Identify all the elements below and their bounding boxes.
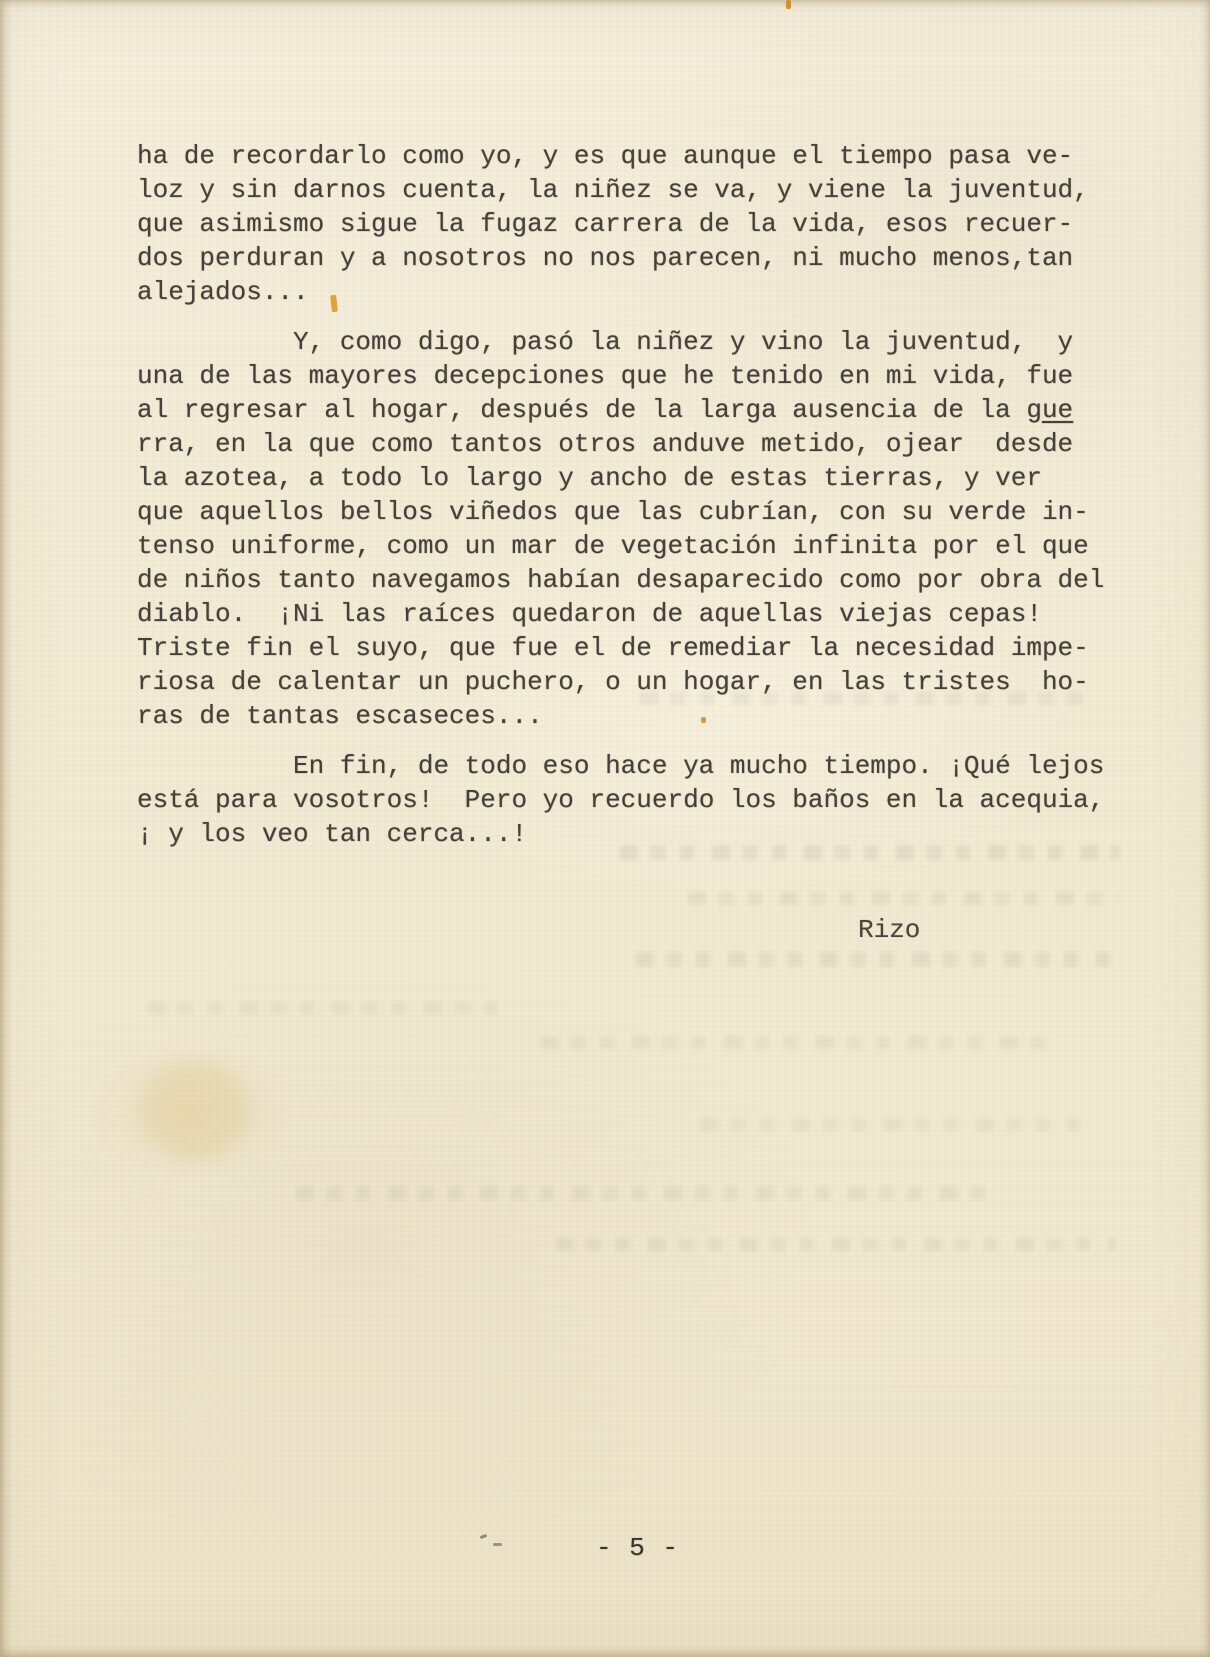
text-line: alejados... — [137, 275, 1104, 309]
page-number: - 5 - — [596, 1535, 679, 1561]
bleed-through-text-band — [540, 1036, 1060, 1049]
bleed-through-text-band — [688, 892, 1118, 905]
text-line: está para vosotros! Pero yo recuerdo los… — [137, 783, 1104, 817]
text-line: loz y sin darnos cuenta, la niñez se va,… — [137, 173, 1104, 207]
bleed-through-text-band — [148, 1002, 508, 1014]
text-line: dos perduran y a nosotros no nos parecen… — [137, 241, 1104, 275]
text-line: rra, en la que como tantos otros anduve … — [137, 427, 1104, 461]
text-line: de niños tanto navegamos habían desapare… — [137, 563, 1104, 597]
scanned-typewritten-page: ha de recordarlo como yo, y es que aunqu… — [0, 0, 1210, 1657]
typewritten-body: ha de recordarlo como yo, y es que aunqu… — [137, 139, 1104, 851]
text-line: En fin, de todo eso hace ya mucho tiempo… — [137, 749, 1104, 783]
bleed-through-text-band — [636, 952, 1110, 967]
text-line: que asimismo sigue la fugaz carrera de l… — [137, 207, 1104, 241]
bleed-through-text-band — [556, 1238, 1116, 1251]
text-line: al regresar al hogar, después de la larg… — [137, 393, 1104, 427]
text-line: tenso uniforme, como un mar de vegetació… — [137, 529, 1104, 563]
paper-stain — [140, 1060, 250, 1160]
signature-name: Rizo — [858, 913, 920, 947]
pencil-speck — [480, 1534, 488, 1539]
paragraph: En fin, de todo eso hace ya mucho tiempo… — [137, 749, 1104, 851]
text-line: que aquellos bellos viñedos que las cubr… — [137, 495, 1104, 529]
orange-ink-speck — [786, 0, 791, 9]
pencil-speck — [493, 1543, 502, 1546]
text-line: ¡ y los veo tan cerca...! — [137, 817, 1104, 851]
paragraph: Y, como digo, pasó la niñez y vino la ju… — [137, 325, 1104, 733]
text-line: Y, como digo, pasó la niñez y vino la ju… — [137, 325, 1104, 359]
text-line: la azotea, a todo lo largo y ancho de es… — [137, 461, 1104, 495]
text-line: riosa de calentar un puchero, o un hogar… — [137, 665, 1104, 699]
bleed-through-text-band — [700, 1118, 1080, 1131]
bleed-through-text-band — [296, 1186, 996, 1200]
text-line: diablo. ¡Ni las raíces quedaron de aquel… — [137, 597, 1104, 631]
text-line: Triste fin el suyo, que fue el de remedi… — [137, 631, 1104, 665]
text-line: una de las mayores decepciones que he te… — [137, 359, 1104, 393]
paragraph: ha de recordarlo como yo, y es que aunqu… — [137, 139, 1104, 309]
text-line: ras de tantas escaseces... — [137, 699, 1104, 733]
continuation-underline: ue — [1042, 395, 1073, 425]
text-line: ha de recordarlo como yo, y es que aunqu… — [137, 139, 1104, 173]
